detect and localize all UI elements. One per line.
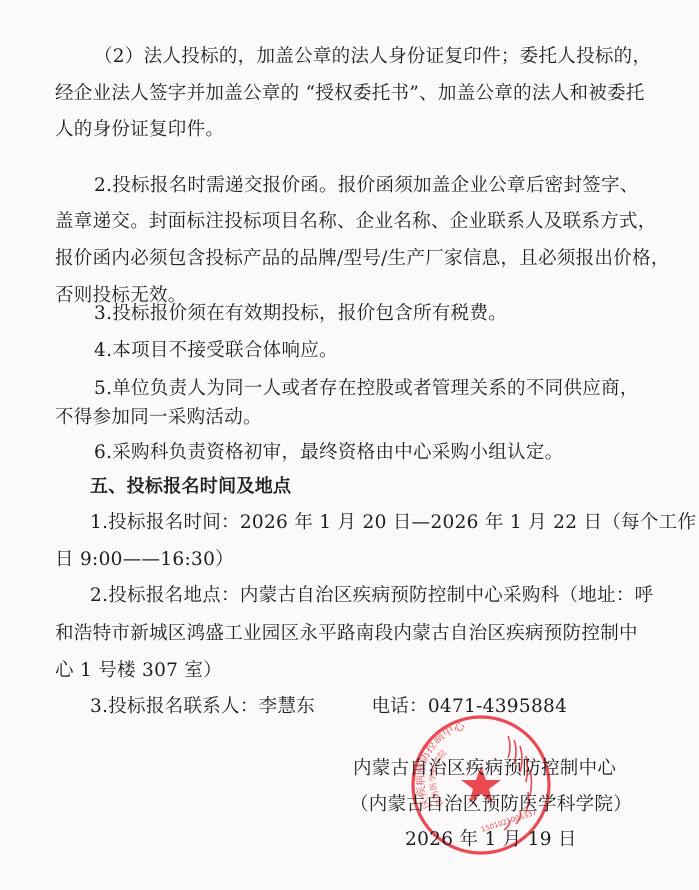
paragraph-line: （2）法人投标的，加盖公章的法人身份证复印件；委托人投标的， [94,45,651,69]
paragraph-line: 日 9:00——16:30） [55,548,234,572]
paragraph-line: 3.投标报价须在有效期投标，报价包含所有税费。 [94,302,507,326]
paragraph-line: 1.投标报名时间：2026 年 1 月 20 日—2026 年 1 月 22 日… [90,511,696,535]
paragraph-line: 5.单位负责人为同一人或者存在控股或者管理关系的不同供应商， [94,377,639,401]
section-heading: 五、投标报名时间及地点 [90,475,291,499]
contact-person: 3.投标报名联系人：李慧东 [90,696,315,717]
signature-org-alt: （内蒙古自治区预防医学科学院） [350,793,632,817]
paragraph-line: 2.投标报名地点：内蒙古自治区疾病预防控制中心采购科（地址：呼 [90,584,653,608]
contact-phone: 电话：0471-4395884 [371,696,567,717]
document-page: （2）法人投标的，加盖公章的法人身份证复印件；委托人投标的， 经企业法人签字并加… [0,0,699,890]
signature-date: 2026 年 1 月 19 日 [405,828,577,852]
paragraph-line: 报价函内必须包含投标产品的品牌/型号/生产厂家信息，且必须报出价格， [55,247,670,271]
signature-org: 内蒙古自治区疾病预防控制中心 [353,757,616,781]
paragraph-line: 4.本项目不接受联合体响应。 [94,339,338,363]
paragraph-line: 心 1 号楼 307 室） [55,659,222,683]
paragraph-line: 不得参加同一采购活动。 [55,406,262,430]
paragraph-line: 2.投标报名时需递交报价函。报价函须加盖企业公章后密封签字、 [94,174,639,198]
paragraph-line: 盖章递交。封面标注投标项目名称、企业名称、企业联系人及联系方式， [55,210,657,234]
paragraph-line: 6.采购科负责资格初审，最终资格由中心采购小组认定。 [94,441,563,465]
contact-line: 3.投标报名联系人：李慧东 电话：0471-4395884 [90,695,567,719]
paragraph-line: 和浩特市新城区鸿盛工业园区永平路南段内蒙古自治区疾病预防控制中 [55,622,638,646]
paragraph-line: 经企业法人签字并加盖公章的 “授权委托书”、加盖公章的法人和被委托 [55,82,645,106]
paragraph-line: 人的身份证复印件。 [55,118,224,142]
